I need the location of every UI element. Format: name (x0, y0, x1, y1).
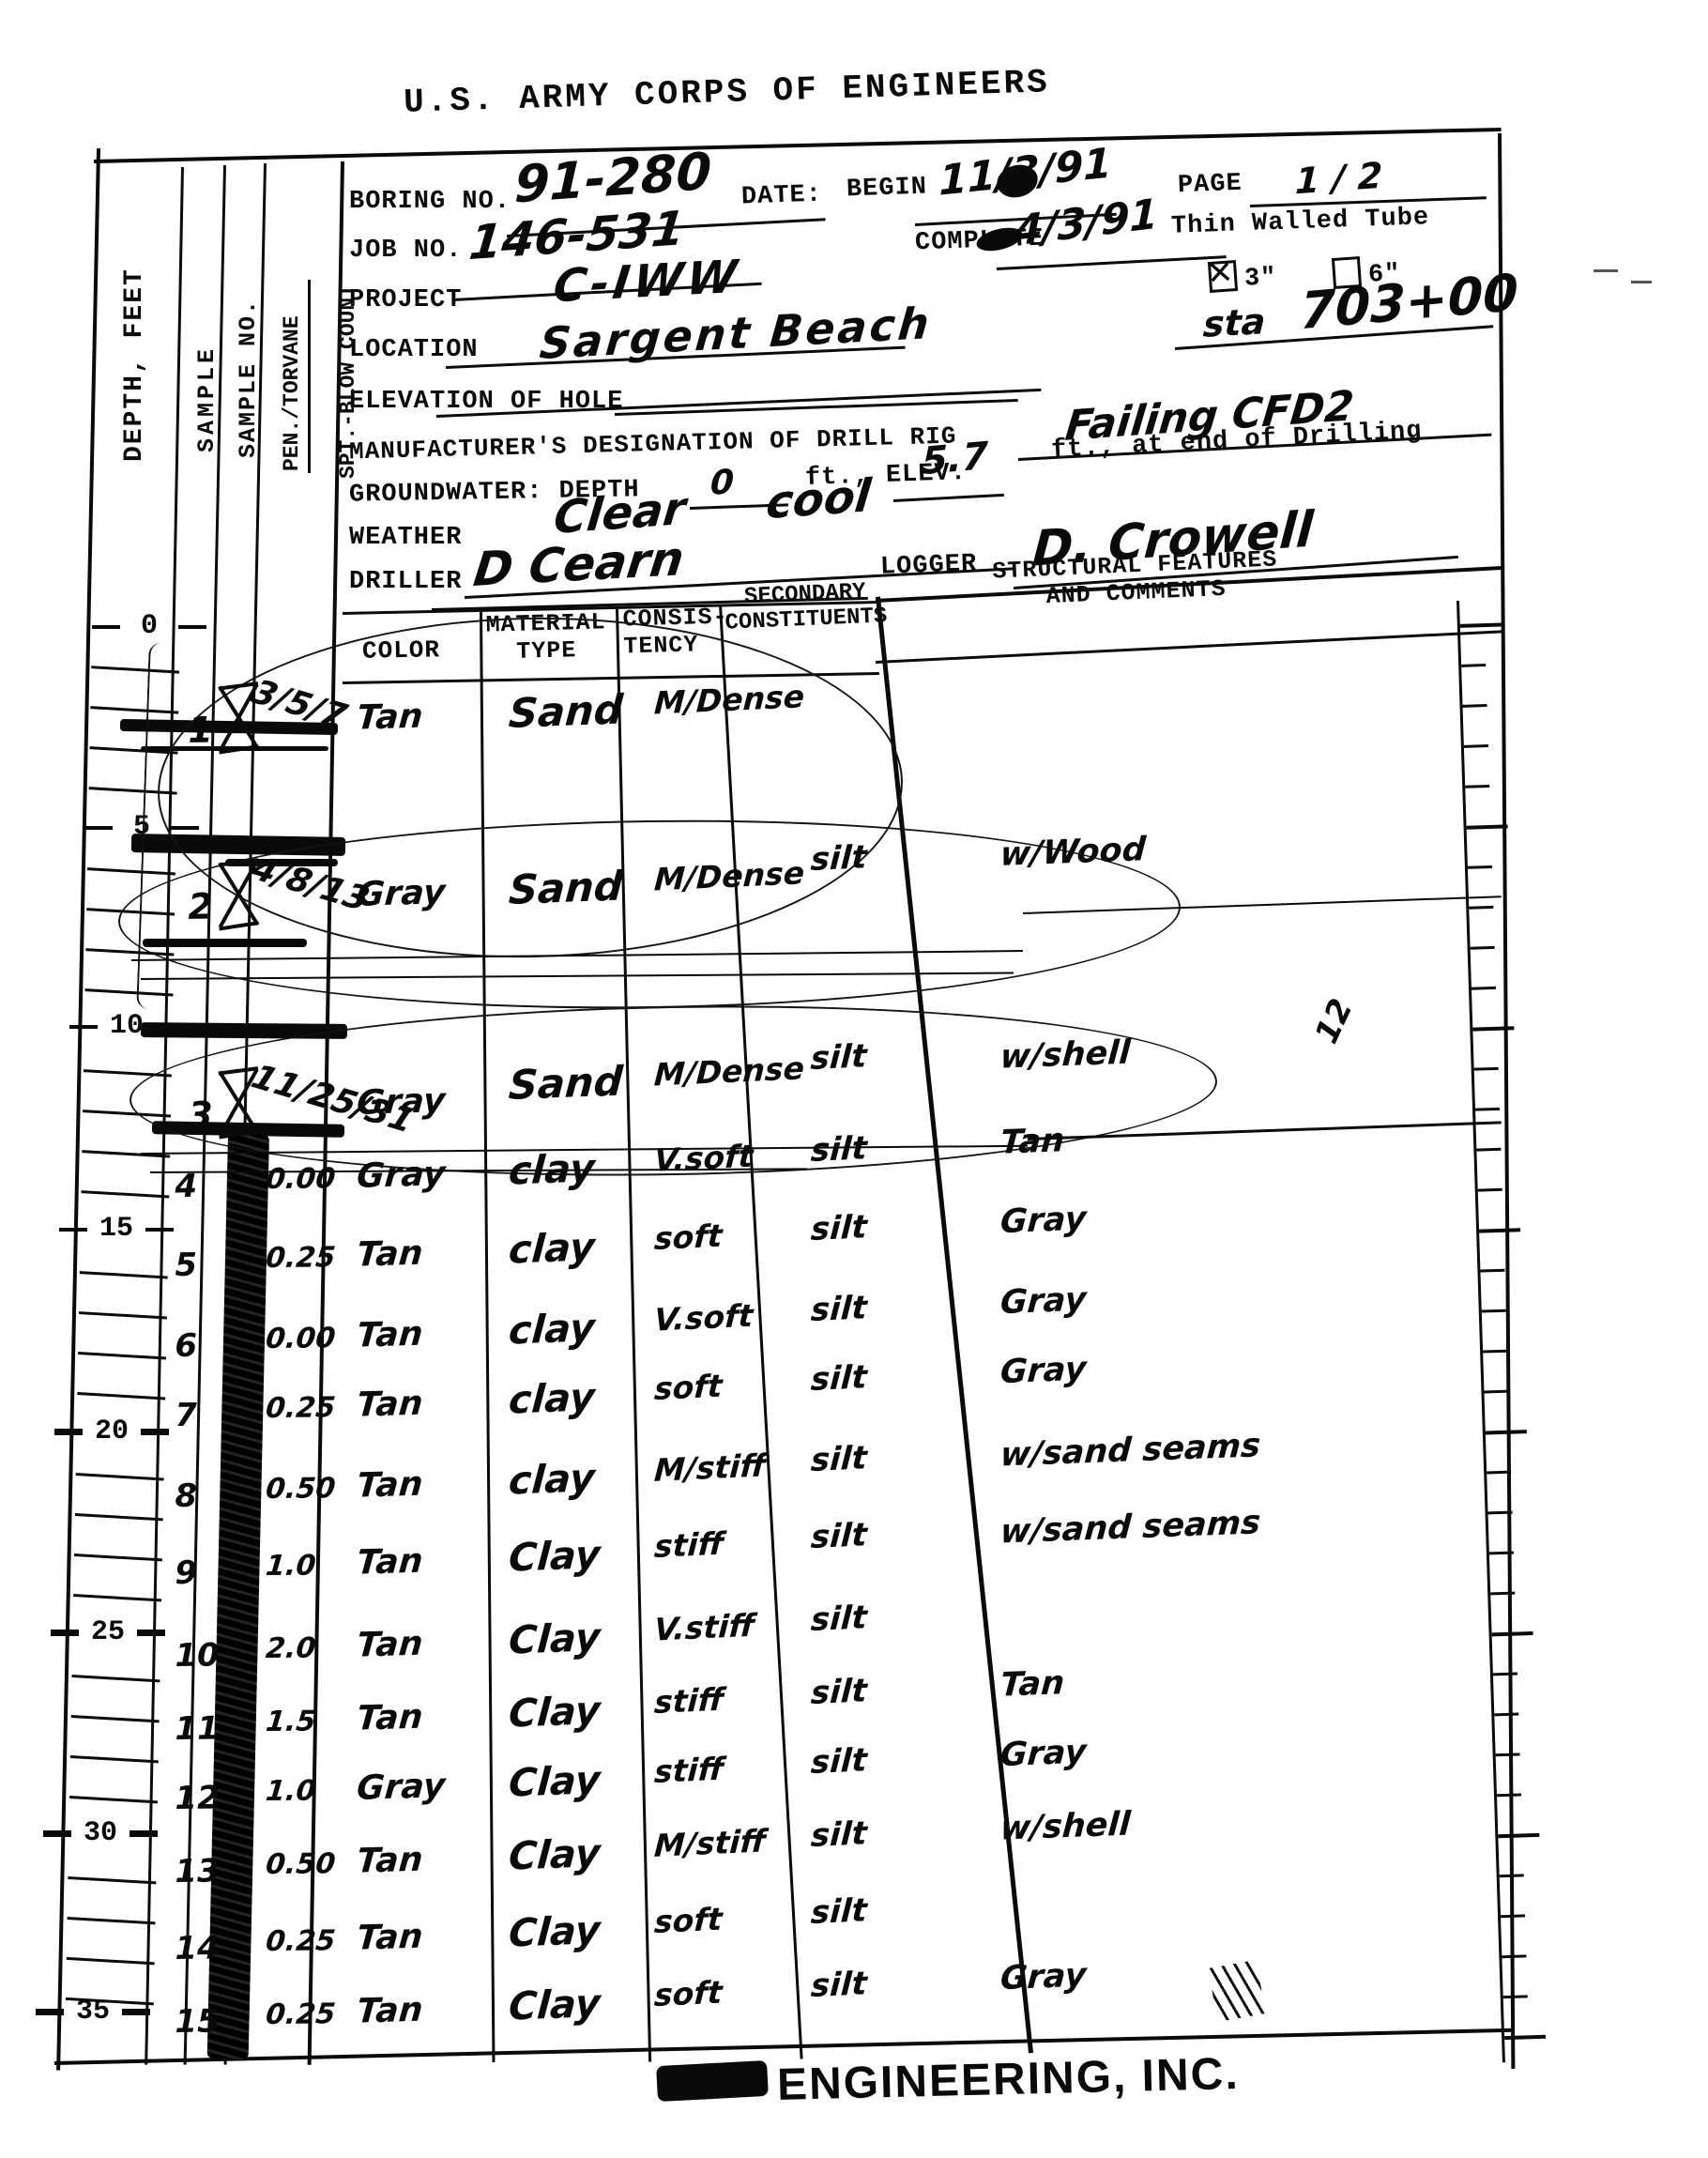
sample-number: 13 (175, 1853, 220, 1890)
sample-number: 1 (188, 710, 213, 751)
consistency-cell: M/stiff (653, 1446, 767, 1489)
driller-label: DRILLER (349, 568, 462, 596)
sample-number: 4 (175, 1168, 197, 1205)
ruler-tick (1482, 1309, 1506, 1312)
color-cell: Tan (356, 1918, 424, 1958)
consistency-cell: V.stiff (653, 1607, 755, 1648)
ruler-tick (1486, 1430, 1527, 1434)
comments-cell: Gray (999, 1201, 1088, 1241)
secondary-cell: silt (810, 1516, 868, 1556)
complete-date-value: 4/3/91 (1014, 190, 1158, 255)
depth-label-0: 0 (124, 610, 175, 642)
location-label: LOCATION (349, 336, 479, 364)
elevation-underline (615, 399, 1018, 416)
weather-label: WEATHER (349, 524, 462, 552)
ruler-tick (1472, 987, 1496, 989)
consistency-cell: stiff (653, 1681, 724, 1722)
color-cell: Tan (356, 1991, 424, 2031)
secondary-cell: silt (810, 1672, 868, 1712)
sample-number: 12 (175, 1780, 220, 1817)
color-cell: Gray (356, 1081, 447, 1123)
page-value: 1 / 2 (1294, 155, 1383, 203)
comments-cell: w/sand seams (999, 1427, 1262, 1474)
ruler-tick (1490, 1592, 1515, 1595)
consistency-cell: soft (653, 1974, 724, 2013)
depth-tick (73, 1594, 161, 1601)
color-cell: Tan (356, 1465, 424, 1506)
sample-number: 10 (175, 1637, 220, 1675)
material-cell: clay (508, 1455, 597, 1504)
ruler-tick (1468, 865, 1492, 868)
material-cell: Clay (508, 1757, 602, 1806)
pen-torvane-value: 0.25 (265, 1924, 337, 1958)
material-cell: clay (508, 1224, 597, 1273)
log-row: 2 4/8/13 Gray Sand M/Dense silt w/Wood (0, 855, 1539, 871)
margin-note: 12 (1308, 993, 1361, 1049)
job-no-label: JOB NO. (349, 237, 462, 265)
color-cell: Gray (356, 1155, 447, 1196)
material-cell: Clay (508, 1688, 602, 1737)
table-band-bottom (876, 630, 1502, 664)
consistency-cell: stiff (653, 1751, 724, 1791)
pen-torvane-value: 0.25 (265, 1391, 337, 1425)
material-cell: Clay (508, 1981, 602, 2029)
depth-tick (76, 1473, 164, 1480)
ruler-tick (1496, 1752, 1520, 1755)
color-cell: Gray (356, 1767, 447, 1808)
secondary-cell: silt (810, 1037, 868, 1078)
elevation-label: ELEVATION OF HOLE (349, 388, 623, 416)
thin-walled-tube-label: Thin Walled Tube (1171, 204, 1430, 241)
pen-torvane-column-label: PEN./TORVANE (280, 315, 304, 471)
tube-3in-label: 3" (1243, 264, 1276, 293)
color-cell: Tan (356, 1841, 424, 1881)
ruler-tick (1483, 1350, 1507, 1353)
ruler-tick (1464, 744, 1488, 747)
pen-torvane-value: 2.0 (265, 1631, 317, 1665)
sample-number: 5 (175, 1247, 197, 1284)
secondary-cell: silt (810, 1208, 868, 1248)
depth-tick (70, 1755, 159, 1763)
continuous-sample-bar (207, 1134, 269, 2059)
scanned-boring-log-page: U.S. ARMY CORPS OF ENGINEERS DEPTH, FEET… (0, 0, 1708, 2158)
sample-number: 3 (188, 1094, 213, 1136)
ruler-tick (1502, 1954, 1526, 1957)
material-cell: Clay (508, 1615, 602, 1663)
drill-rig-label: MANUFACTURER'S DESIGNATION OF DRILL RIG (349, 422, 957, 467)
consistency-cell: M/stiff (653, 1822, 767, 1864)
pen-spt-divider-line (308, 280, 311, 473)
secondary-cell: silt (810, 1814, 868, 1855)
ruler-tick (1480, 1269, 1504, 1272)
column-header-secondary: SECONDARY CONSTITUENTS (724, 578, 888, 635)
depth-tick (69, 1796, 158, 1803)
depth-tick (78, 1352, 166, 1359)
comments-cell: Gray (999, 1957, 1088, 1997)
comments-cell: w/shell (999, 1806, 1132, 1848)
depth-tick (74, 1553, 162, 1561)
sample-number: 6 (175, 1327, 197, 1365)
ruler-tick (1460, 623, 1502, 628)
ruler-tick (1501, 1914, 1525, 1917)
ruler-tick (1489, 1552, 1514, 1554)
page-label: PAGE (1177, 170, 1243, 200)
color-cell: Tan (356, 1234, 424, 1275)
project-value: C-IWW (551, 251, 744, 314)
ruler-tick (1475, 1108, 1500, 1110)
comments-cell: Gray (999, 1734, 1088, 1774)
ruler-tick (1467, 824, 1508, 829)
pen-torvane-value: 0.50 (265, 1472, 337, 1506)
ruler-tick (1494, 1713, 1518, 1716)
margin-smudge (1594, 269, 1618, 272)
comments-cell: Tan (999, 1122, 1066, 1162)
depth-label-35: 35 (68, 1996, 118, 2028)
date-label: DATE: (741, 181, 823, 212)
comments-cell: w/Wood (999, 831, 1148, 874)
begin-label: BEGIN (846, 174, 928, 205)
comments-cell: w/sand seams (999, 1504, 1262, 1551)
boring-no-label: BORING NO. (349, 188, 511, 216)
secondary-cell: silt (810, 1741, 868, 1782)
ruler-tick (1474, 1067, 1499, 1070)
groundwater-elev-value: 5.7 (922, 435, 988, 483)
ruler-tick (1493, 1673, 1517, 1676)
pen-torvane-value: 1.0 (265, 1774, 317, 1808)
consistency-cell: soft (653, 1901, 724, 1940)
sample-column-label: SAMPLE (193, 345, 221, 452)
pen-strokes (1208, 1960, 1265, 2022)
consistency-cell: V.soft (653, 1138, 755, 1179)
material-cell: clay (508, 1145, 597, 1194)
depth-label-30: 30 (75, 1817, 126, 1849)
log-row: 1 3/5/7 Tan Sand M/Dense (0, 679, 1539, 695)
ruler-tick (1484, 1390, 1508, 1393)
sample-number: 11 (175, 1710, 220, 1748)
pen-torvane-value: 1.0 (265, 1549, 317, 1583)
consistency-cell: soft (653, 1217, 724, 1257)
groundwater-elev-underline (893, 494, 1004, 502)
color-cell: Tan (356, 1315, 424, 1355)
pen-torvane-value: 0.50 (265, 1847, 337, 1881)
material-cell: Clay (508, 1532, 602, 1581)
ruler-tick (1500, 1874, 1524, 1876)
material-cell: clay (508, 1374, 597, 1423)
sample-number: 7 (175, 1397, 197, 1434)
tube-3in-checkbox: ✕ (1208, 260, 1238, 293)
ruler-tick (1472, 1026, 1514, 1031)
color-cell: Tan (356, 1542, 424, 1583)
comments-cell: Gray (999, 1281, 1088, 1322)
depth-tick (67, 1957, 155, 1965)
depth-tick (75, 1513, 163, 1521)
ruler-tick (1487, 1471, 1511, 1474)
depth-tick (80, 1271, 168, 1278)
color-cell: Tan (356, 1625, 424, 1665)
color-cell: Tan (356, 697, 424, 738)
ruler-tick (1469, 906, 1493, 909)
complete-date-underline (997, 255, 1227, 270)
sample-number: 15 (175, 2003, 220, 2041)
depth-tick (68, 1917, 156, 1924)
pen-torvane-value: 0.25 (265, 1241, 337, 1275)
checkbox-x-mark: ✕ (1205, 253, 1234, 293)
ruler-tick (1471, 946, 1495, 949)
form-border-top (94, 128, 1502, 163)
page-title: U.S. ARMY CORPS OF ENGINEERS (404, 63, 1051, 122)
sample-number: 2 (188, 886, 213, 927)
depth-tick (68, 1876, 156, 1884)
consistency-cell: V.soft (653, 1297, 755, 1339)
ruler-tick (1478, 1188, 1502, 1191)
sample-number: 14 (175, 1930, 220, 1967)
ruler-tick (1504, 2035, 1546, 2040)
secondary-cell: silt (810, 1289, 868, 1329)
material-cell: clay (508, 1305, 597, 1354)
ruler-tick (1503, 1995, 1528, 1997)
secondary-cell: silt (810, 1358, 868, 1399)
depth-tick (71, 1715, 160, 1722)
comments-cell: w/shell (999, 1034, 1131, 1077)
material-cell: Clay (508, 1907, 602, 1956)
ruler-tick (1461, 664, 1486, 666)
depth-label-15: 15 (91, 1213, 142, 1245)
project-label: PROJECT (349, 286, 462, 314)
secondary-cell: silt (810, 1891, 868, 1932)
material-cell: Sand (507, 1058, 624, 1110)
column-header-structural: STRUCTURAL FEATURES AND COMMENTS (938, 543, 1334, 615)
footer-company-name: ENGINEERING, INC. (776, 2048, 1240, 2111)
ruler-tick (1465, 785, 1489, 788)
ruler-tick (1492, 1631, 1533, 1636)
depth-label-20: 20 (86, 1416, 137, 1447)
secondary-cell: silt (810, 1129, 868, 1170)
pen-torvane-value: 0.00 (265, 1322, 337, 1355)
color-cell: Gray (356, 873, 447, 914)
pen-torvane-value: 0.00 (265, 1162, 337, 1196)
ruler-tick (1462, 704, 1487, 707)
secondary-cell: silt (810, 1439, 868, 1479)
consistency-cell: soft (653, 1368, 724, 1407)
ruler-tick (1476, 1148, 1501, 1151)
footer-smudge (656, 2060, 769, 2102)
consistency-cell: M/Dense (653, 678, 805, 721)
consistency-cell: stiff (653, 1525, 724, 1566)
ruler-ticks (1456, 599, 1548, 2062)
sample-no-column-label: SAMPLE NO. (235, 298, 262, 458)
driller-value: D Cearn (471, 531, 687, 597)
comments-cell: Tan (999, 1664, 1066, 1705)
ruler-tick (1487, 1511, 1512, 1514)
sample-number: 9 (175, 1554, 197, 1592)
secondary-cell: silt (810, 1965, 868, 2005)
ruler-tick (1498, 1833, 1539, 1838)
pen-torvane-value: 1.5 (265, 1705, 317, 1738)
depth-tick (72, 1675, 160, 1682)
color-cell: Tan (356, 1385, 424, 1425)
color-cell: Tan (356, 1698, 424, 1738)
depth-tick (77, 1392, 165, 1400)
sample-number: 8 (175, 1477, 197, 1515)
depth-tick (79, 1311, 167, 1319)
margin-smudge (1631, 281, 1652, 283)
material-cell: Clay (508, 1830, 602, 1879)
material-cell: Sand (508, 686, 625, 738)
consistency-cell: M/Dense (653, 854, 805, 897)
sta-label: sta (1202, 300, 1267, 345)
comments-cell: Gray (999, 1351, 1088, 1391)
pen-torvane-value: 0.25 (265, 1997, 337, 2031)
secondary-cell: silt (810, 1599, 868, 1639)
depth-label-25: 25 (83, 1616, 133, 1648)
depth-tick (81, 1190, 169, 1198)
ruler-tick (1497, 1793, 1521, 1796)
log-row: 3 11/25/31 Gray Sand M/Dense silt w/shel… (0, 1064, 1539, 1079)
secondary-cell: silt (810, 838, 868, 879)
material-cell: Sand (508, 863, 625, 914)
ruler-tick (1479, 1228, 1520, 1232)
depth-feet-column-label: DEPTH, FEET (120, 268, 149, 462)
consistency-cell: M/Dense (653, 1049, 805, 1093)
